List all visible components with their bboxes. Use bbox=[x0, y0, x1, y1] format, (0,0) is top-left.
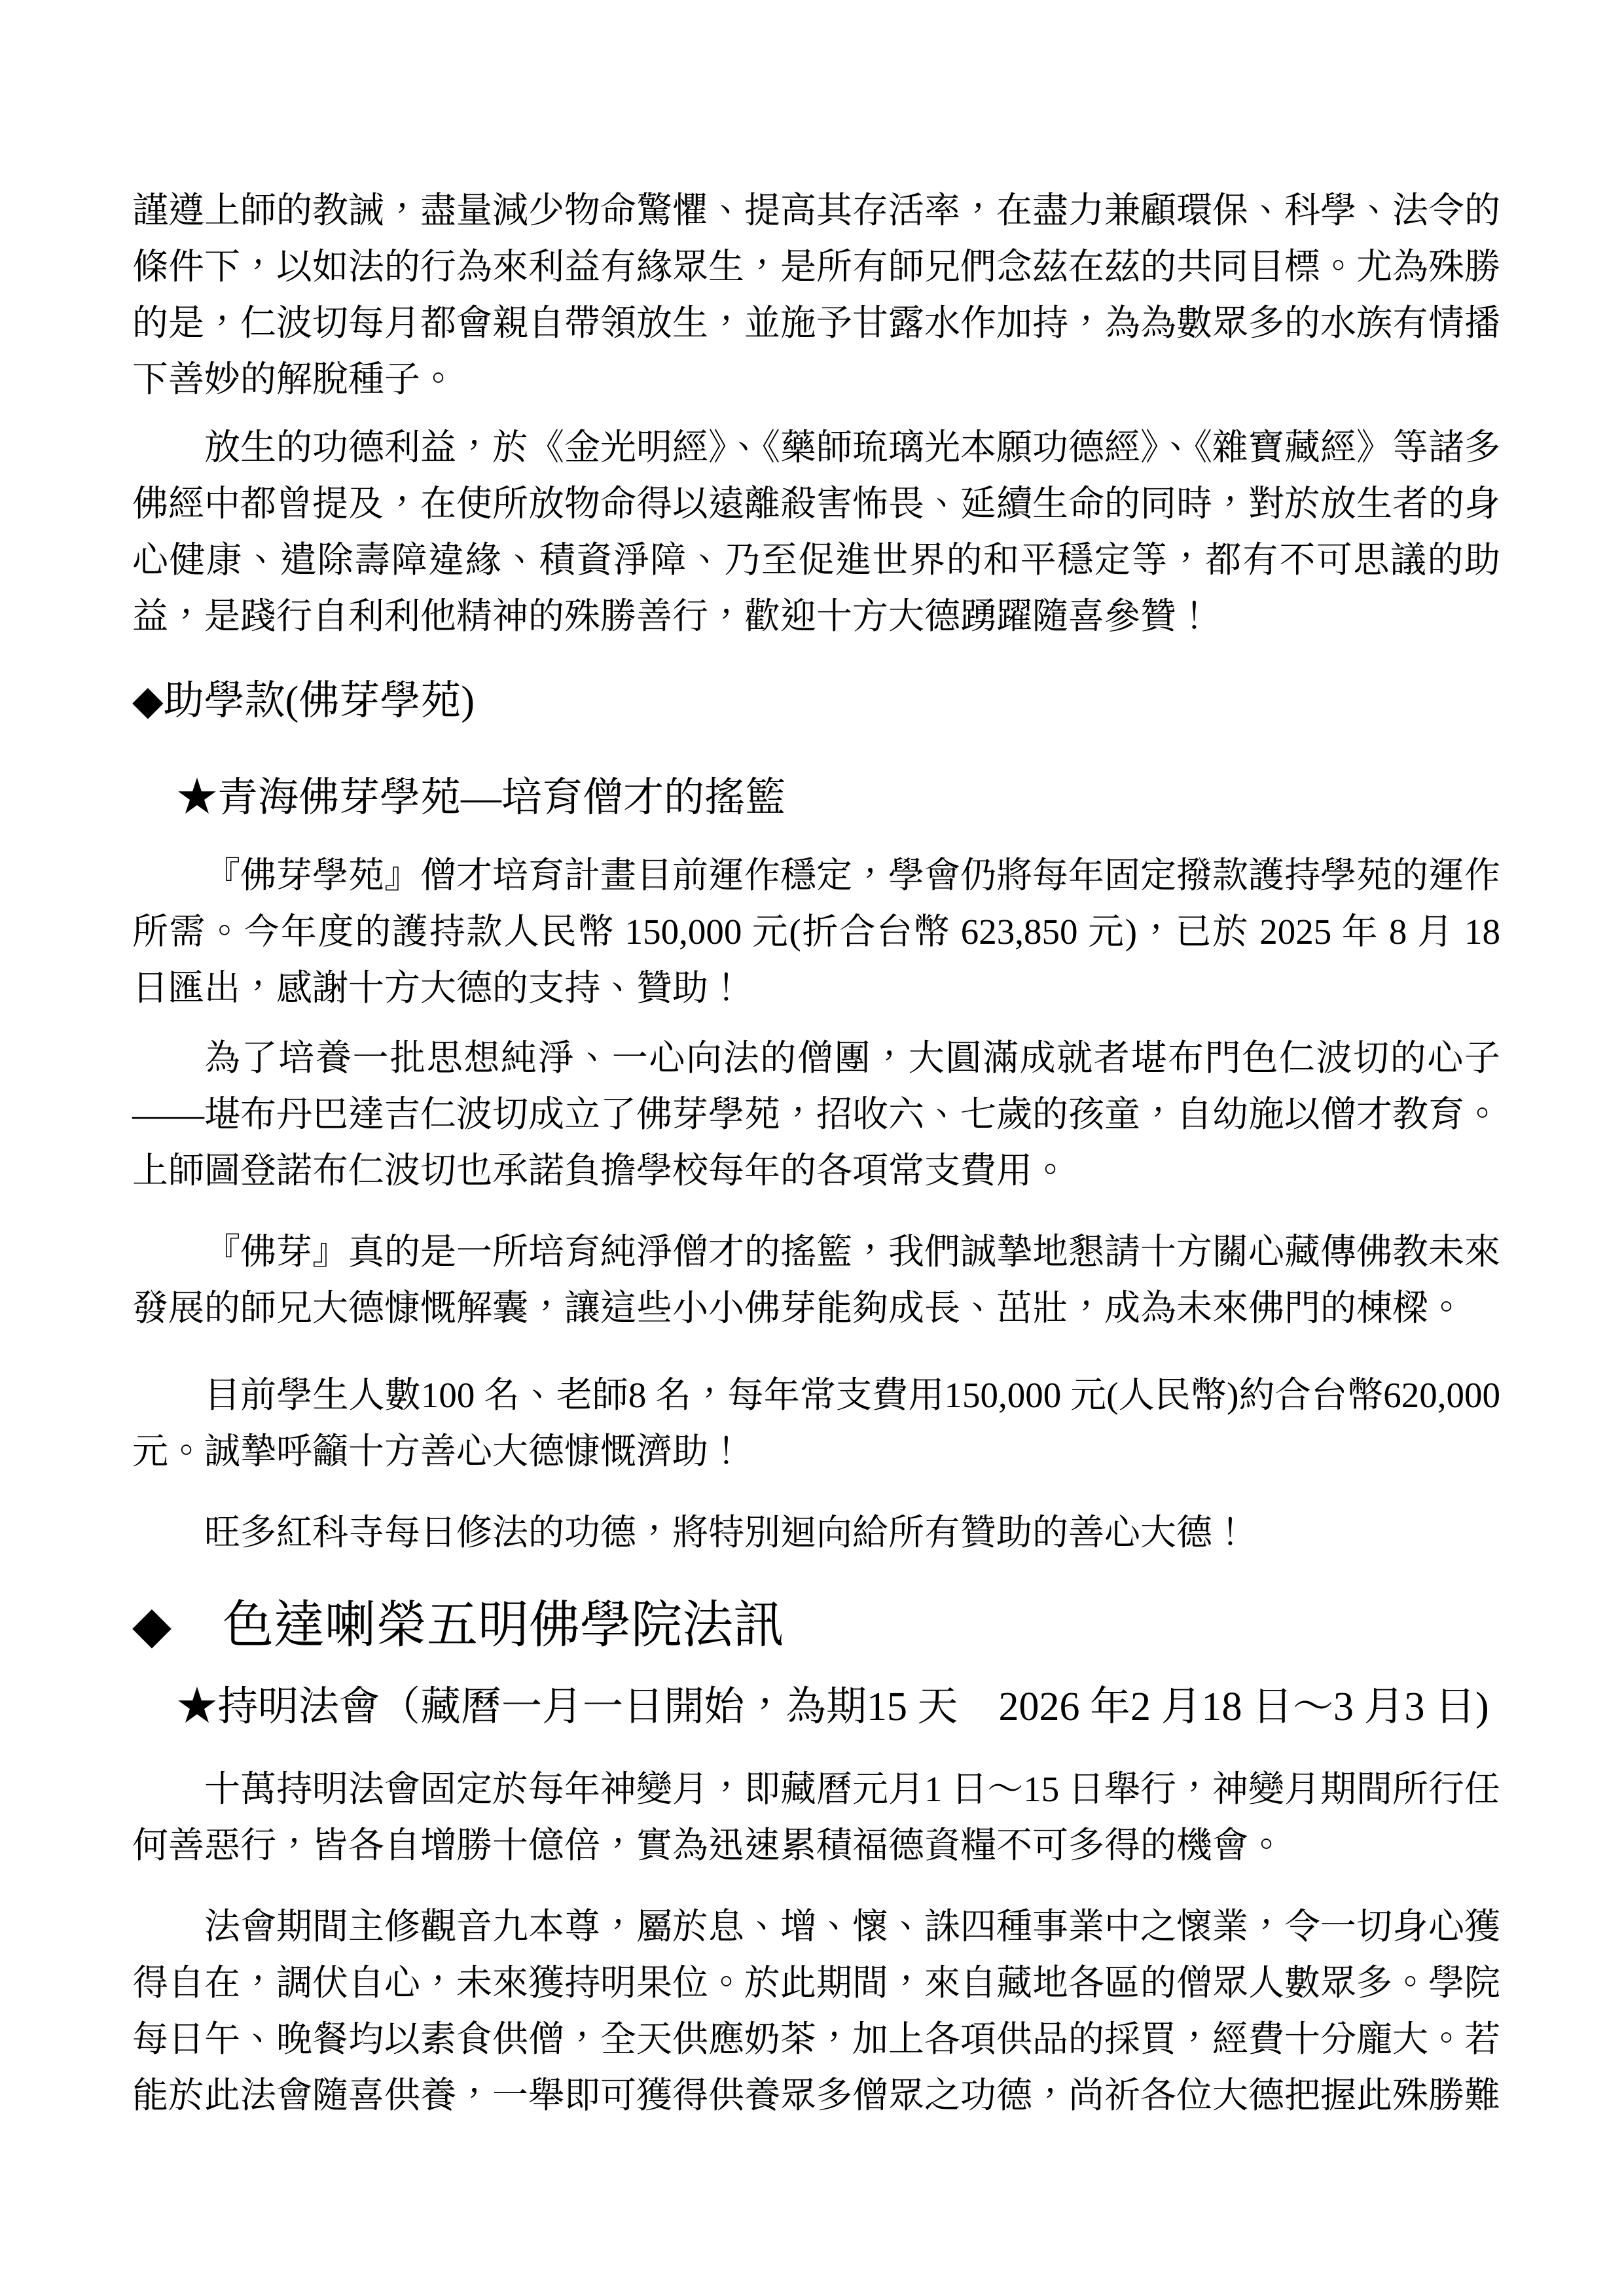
body-paragraph: 謹遵上師的教誡，盡量減少物命驚懼、提高其存活率，在盡力兼顧環保、科學、法令的條件… bbox=[132, 183, 1500, 408]
body-paragraph: 放生的功德利益，於《金光明經》、《藥師琉璃光本願功德經》、《雜寶藏經》等諸多佛經… bbox=[132, 420, 1500, 645]
body-paragraph: 『佛芽』真的是一所培育純淨僧才的搖籃，我們誠摯地懇請十方關心藏傳佛教未來發展的師… bbox=[132, 1224, 1500, 1336]
document-body: 謹遵上師的教誡，盡量減少物命驚懼、提高其存活率，在盡力兼顧環保、科學、法令的條件… bbox=[132, 0, 1500, 2124]
body-paragraph: 『佛芽學苑』僧才培育計畫目前運作穩定，學會仍將每年固定撥款護持學苑的運作所需。今… bbox=[132, 848, 1500, 1016]
body-paragraph: 為了培養一批思想純淨、一心向法的僧團，大圓滿成就者堪布門色仁波切的心子——堪布丹… bbox=[132, 1030, 1500, 1199]
section-heading: ◆助學款(佛芽學苑) bbox=[132, 673, 1500, 729]
body-paragraph: 十萬持明法會固定於每年神變月，即藏曆元月1 日～15 日舉行，神變月期間所行任何… bbox=[132, 1761, 1500, 1874]
document-page: 謹遵上師的教誡，盡量減少物命驚懼、提高其存活率，在盡力兼顧環保、科學、法令的條件… bbox=[0, 0, 1624, 2296]
subsection-heading: ★青海佛芽學苑—培育僧才的搖籃 bbox=[132, 770, 1500, 826]
body-paragraph: 旺多紅科寺每日修法的功德，將特別迴向給所有贊助的善心大德！ bbox=[132, 1505, 1500, 1561]
body-paragraph: 法會期間主修觀音九本尊，屬於息、增、懷、誅四種事業中之懷業，令一切身心獲得自在，… bbox=[132, 1899, 1500, 2124]
subsection-heading: ★持明法會（藏曆一月一日開始，為期15 天 2026 年2 月18 日～3 月3… bbox=[132, 1679, 1500, 1735]
section-heading: ◆ 色達喇榮五明佛學院法訊 bbox=[132, 1594, 1500, 1657]
body-paragraph: 目前學生人數100 名、老師8 名，每年常支費用150,000 元(人民幣)約合… bbox=[132, 1367, 1500, 1480]
